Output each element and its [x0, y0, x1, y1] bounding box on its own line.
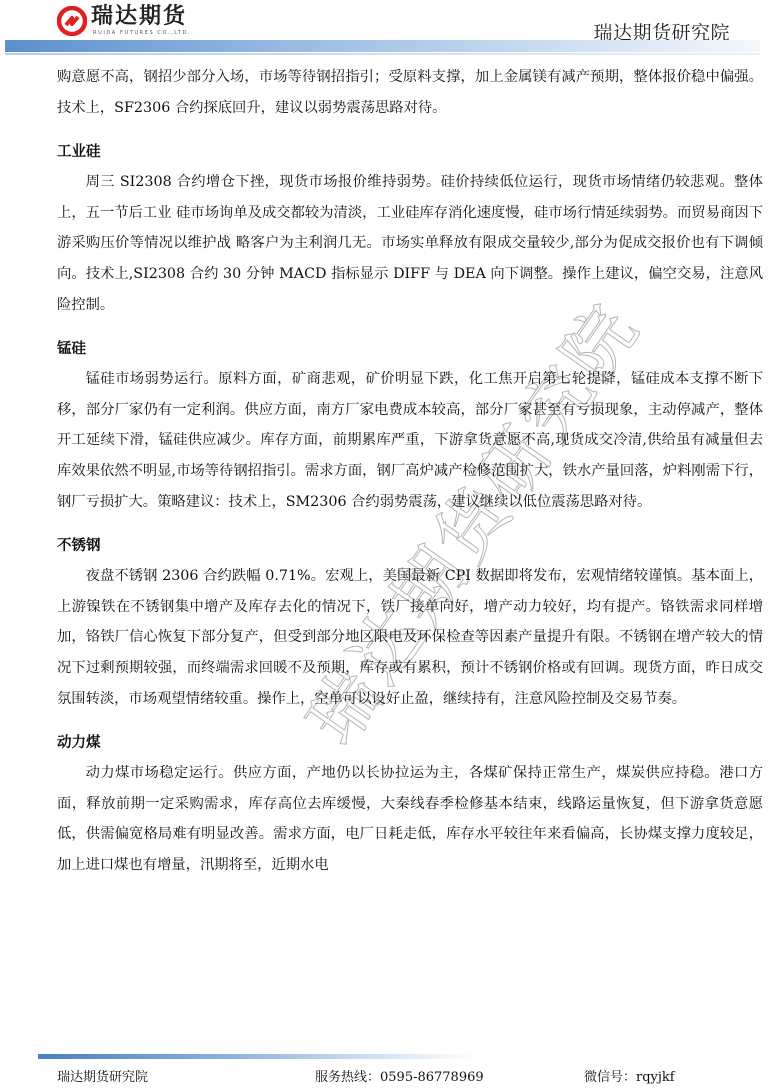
- footer-gradient-bar: [38, 1054, 476, 1059]
- section-body: 动力煤市场稳定运行。供应方面，产地仍以长协拉运为主，各煤矿保持正常生产，煤炭供应…: [57, 758, 763, 880]
- header-divider: [5, 53, 760, 55]
- section-title: 不锈钢: [57, 531, 763, 561]
- section-thermal-coal: 动力煤 动力煤市场稳定运行。供应方面，产地仍以长协拉运为主，各煤矿保持正常生产，…: [57, 728, 763, 880]
- company-logo: 瑞达期货 RUIDA FUTURES CO.,LTD.: [57, 4, 191, 44]
- footer-hotline: 服务热线：0595-86778969: [315, 1066, 484, 1085]
- logo-chinese-name: 瑞达期货: [91, 4, 191, 30]
- section-title: 锰硅: [57, 334, 763, 364]
- footer-wechat: 微信号：rqyjkf: [584, 1066, 675, 1085]
- footer-org: 瑞达期货研究院: [57, 1066, 148, 1085]
- section-stainless-steel: 不锈钢 夜盘不锈钢 2306 合约跌幅 0.71%。宏观上，美国最新 CPI 数…: [57, 531, 763, 714]
- report-body: 购意愿不高，钢招少部分入场，市场等待钢招指引；受原料支撑，加上金属镁有减产预期，…: [57, 62, 763, 880]
- section-title: 动力煤: [57, 728, 763, 758]
- section-silicomanganese: 锰硅 锰硅市场弱势运行。原料方面，矿商悲观，矿价明显下跌，化工焦开启第七轮提降，…: [57, 334, 763, 517]
- page-footer: 瑞达期货研究院 服务热线：0595-86778969 微信号：rqyjkf: [57, 1066, 757, 1086]
- header-gradient-bar: [5, 40, 760, 52]
- page-header: 瑞达期货 RUIDA FUTURES CO.,LTD. 瑞达期货研究院: [0, 0, 770, 60]
- section-title: 工业硅: [57, 137, 763, 167]
- section-body: 夜盘不锈钢 2306 合约跌幅 0.71%。宏观上，美国最新 CPI 数据即将发…: [57, 561, 763, 714]
- section-body: 锰硅市场弱势运行。原料方面，矿商悲观，矿价明显下跌，化工焦开启第七轮提降，锰硅成…: [57, 364, 763, 517]
- section-industrial-silicon: 工业硅 周三 SI2308 合约增仓下挫，现货市场报价维持弱势。硅价持续低位运行…: [57, 137, 763, 320]
- ruida-logo-icon: [57, 6, 87, 36]
- intro-paragraph: 购意愿不高，钢招少部分入场，市场等待钢招指引；受原料支撑，加上金属镁有减产预期，…: [57, 62, 763, 123]
- logo-english-name: RUIDA FUTURES CO.,LTD.: [93, 30, 191, 36]
- section-body: 周三 SI2308 合约增仓下挫，现货市场报价维持弱势。硅价持续低位运行，现货市…: [57, 167, 763, 320]
